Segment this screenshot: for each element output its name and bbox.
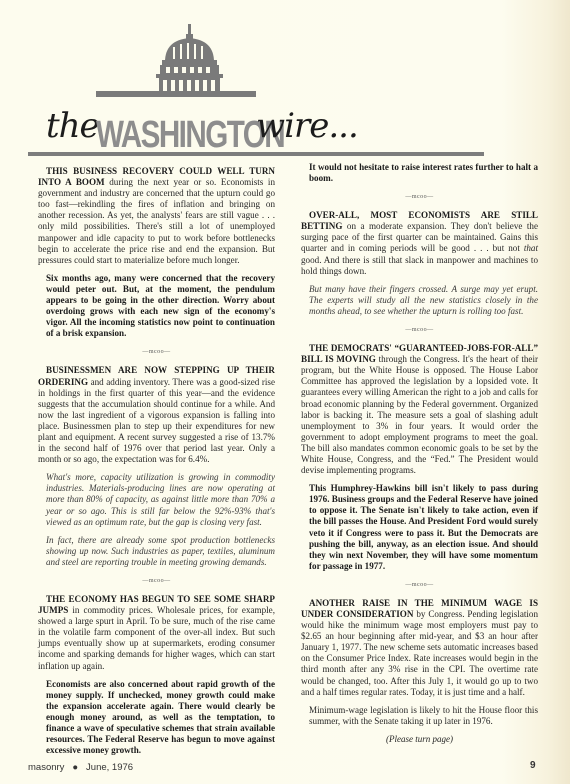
article-body: through the Congress. It's the heart of … [301, 354, 538, 475]
title-wire: wire... [256, 106, 358, 146]
issue-date: June, 1976 [86, 762, 133, 773]
article-emphasis: that [524, 243, 538, 253]
turn-page-note: (Please turn page) [301, 734, 538, 745]
bullet-icon: ● [72, 762, 78, 773]
article-economists-betting: OVER-ALL, MOST ECONOMISTS ARE STILL BETT… [301, 210, 538, 277]
section-separator: —mcoo— [301, 193, 538, 201]
article-jobs-bill: THE DEMOCRATS' “GUARANTEED-JOBS-FOR-ALL”… [301, 343, 538, 476]
publication-name: masonry [28, 762, 64, 773]
article-sharp-jumps: THE ECONOMY HAS BEGUN TO SEE SOME SHARP … [38, 594, 275, 672]
section-separator: —mcoo— [38, 577, 275, 585]
section-separator: —mcoo— [301, 581, 538, 589]
article-note: Minimum-wage legislation is likely to hi… [301, 705, 538, 727]
article-callout: Economists are also concerned about rapi… [38, 679, 275, 757]
article-recovery-boom: THIS BUSINESS RECOVERY COULD WELL TURN I… [38, 166, 275, 266]
section-separator: —mcoo— [38, 348, 275, 356]
article-body: during the next year or so. Economists i… [38, 177, 275, 265]
section-separator: —mcoo— [301, 326, 538, 334]
footer: masonry ● June, 1976 [28, 762, 133, 773]
article-businessmen-ordering: BUSINESSMEN ARE NOW STEPPING UP THEIR OR… [38, 365, 275, 465]
left-column: THIS BUSINESS RECOVERY COULD WELL TURN I… [38, 166, 275, 763]
article-body: and adding inventory. There was a good-s… [38, 377, 275, 465]
article-callout: This Humphrey-Hawkins bill isn't likely … [301, 483, 538, 572]
title-the: the [46, 106, 99, 146]
article-body: good. And there is still that slack in m… [301, 255, 538, 276]
masthead-rule [28, 152, 484, 156]
article-body: by Congress. Pending legislation would h… [301, 609, 538, 697]
article-continued-callout: It would not hesitate to raise interest … [301, 162, 538, 184]
article-minimum-wage: ANOTHER RAISE IN THE MINIMUM WAGE IS UND… [301, 598, 538, 698]
article-italic-note: In fact, there are already some spot pro… [38, 535, 275, 568]
article-italic-note: What's more, capacity utilization is gro… [38, 472, 275, 527]
right-column: It would not hesitate to raise interest … [301, 162, 538, 745]
article-italic-note: But many have their fingers crossed. A s… [301, 284, 538, 317]
article-body: in commodity prices. Wholesale prices, f… [38, 605, 275, 670]
masthead: the WASHINGTON wire... [0, 0, 570, 162]
article-callout: Six months ago, many were concerned that… [38, 273, 275, 340]
page-number: 9 [530, 760, 536, 771]
